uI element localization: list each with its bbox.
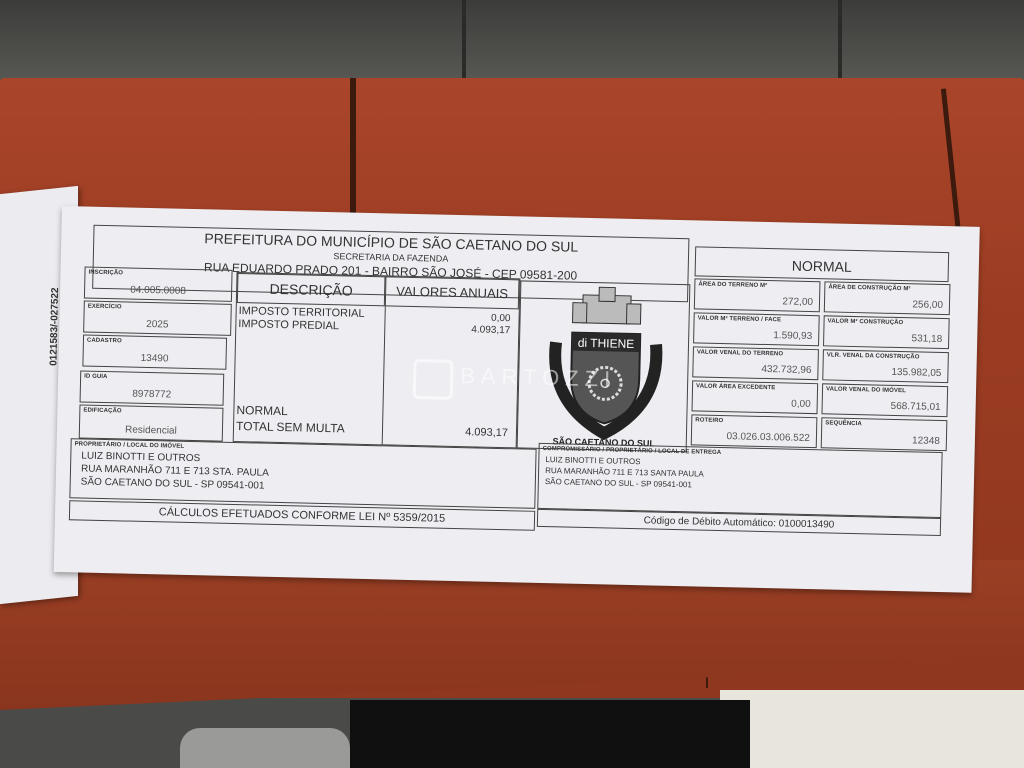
total-value: 4.093,17 bbox=[465, 426, 508, 439]
property-field-label: VALOR M² CONSTRUÇÃO bbox=[828, 318, 904, 326]
side-code: 0121583/-027522 bbox=[48, 287, 61, 366]
property-field: VALOR VENAL DO IMÓVEL568.715,01 bbox=[821, 383, 948, 417]
field-label: INSCRIÇÃO bbox=[88, 270, 123, 277]
watermark-logo-icon bbox=[413, 359, 454, 400]
property-field: ÁREA DO TERRENO M²272,00 bbox=[694, 278, 821, 312]
field-edificacao: EDIFICAÇÃO Residencial bbox=[79, 404, 224, 441]
dark-object bbox=[350, 700, 750, 768]
field-value: 04.005.0008 bbox=[85, 284, 231, 298]
owner-line: SÃO CAETANO DO SUL - SP 09541-001 bbox=[81, 476, 265, 491]
property-field-value: 12348 bbox=[912, 435, 940, 447]
field-label: EDIFICAÇÃO bbox=[83, 408, 121, 415]
property-field-label: ROTEIRO bbox=[695, 417, 723, 424]
property-field-label: VALOR M² TERRENO / FACE bbox=[698, 315, 782, 323]
property-field-label: VLR. VENAL DA CONSTRUÇÃO bbox=[827, 352, 920, 360]
footer-law: CÁLCULOS EFETUADOS CONFORME LEI Nº 5359/… bbox=[70, 504, 534, 527]
floor-tiles bbox=[720, 690, 1024, 768]
field-id-guia: ID GUIA 8978772 bbox=[80, 370, 225, 405]
property-field-label: VALOR ÁREA EXCEDENTE bbox=[696, 383, 775, 391]
property-field-value: 1.590,93 bbox=[773, 330, 812, 342]
property-field: ÁREA DE CONSTRUÇÃO M²256,00 bbox=[824, 281, 951, 315]
field-label: ID GUIA bbox=[84, 374, 108, 381]
property-field: VALOR VENAL DO TERRENO432.732,96 bbox=[692, 346, 819, 380]
field-exercicio: EXERCÍCIO 2025 bbox=[83, 301, 232, 336]
owner-line: LUIZ BINOTTI E OUTROS bbox=[81, 451, 200, 465]
property-field-label: ÁREA DE CONSTRUÇÃO M² bbox=[828, 284, 910, 292]
status-box: NORMAL bbox=[695, 246, 950, 282]
tax-table: DESCRIÇÃO VALORES ANUAIS IMPOSTO TERRITO… bbox=[233, 272, 521, 448]
delivery-line: LUIZ BINOTTI E OUTROS bbox=[545, 455, 640, 466]
property-field-value: 432.732,96 bbox=[761, 364, 811, 376]
field-inscricao: INSCRIÇÃO 04.005.0008 bbox=[84, 267, 233, 302]
row-description: IMPOSTO PREDIAL bbox=[238, 318, 339, 332]
tax-status: NORMAL bbox=[236, 403, 288, 418]
property-field: SEQUÊNCIA12348 bbox=[821, 417, 948, 451]
property-field: VLR. VENAL DA CONSTRUÇÃO135.982,05 bbox=[822, 349, 949, 383]
property-field-value: 568.715,01 bbox=[890, 401, 940, 413]
owner-property-box: PROPRIETÁRIO / LOCAL DO IMÓVEL LUIZ BINO… bbox=[69, 438, 536, 509]
owner-delivery-label: COMPROMISSÁRIO / PROPRIETÁRIO / LOCAL DE… bbox=[543, 446, 722, 456]
property-field-label: SEQUÊNCIA bbox=[825, 420, 862, 427]
property-field-label: VALOR VENAL DO IMÓVEL bbox=[826, 386, 906, 394]
floor-seam bbox=[462, 0, 466, 90]
property-field: VALOR M² TERRENO / FACE1.590,93 bbox=[693, 312, 820, 346]
property-field-value: 03.026.03.006.522 bbox=[726, 431, 810, 444]
field-label: EXERCÍCIO bbox=[88, 304, 122, 311]
field-value: 2025 bbox=[84, 318, 230, 332]
col-values-label: VALORES ANUAIS bbox=[386, 283, 518, 301]
property-field-value: 0,00 bbox=[791, 399, 811, 410]
shoe bbox=[180, 728, 350, 768]
property-field-value: 531,18 bbox=[911, 333, 942, 345]
watermark: BARTOZZI bbox=[460, 363, 617, 393]
field-label: CADASTRO bbox=[87, 338, 122, 345]
status-label: NORMAL bbox=[696, 255, 948, 277]
property-field: VALOR M² CONSTRUÇÃO531,18 bbox=[823, 315, 950, 349]
col-header-description: DESCRIÇÃO bbox=[237, 273, 386, 306]
floor-seam bbox=[838, 0, 842, 90]
property-field: VALOR ÁREA EXCEDENTE0,00 bbox=[692, 380, 819, 414]
property-field-value: 272,00 bbox=[782, 296, 813, 308]
property-field-value: 256,00 bbox=[912, 299, 943, 311]
footer-debit-code: Código de Débito Automático: 0100013490 bbox=[538, 513, 940, 533]
delivery-line: SÃO CAETANO DO SUL - SP 09541-001 bbox=[545, 477, 692, 489]
floor-background bbox=[0, 0, 1024, 90]
field-value: 8978772 bbox=[81, 387, 223, 401]
total-label: TOTAL SEM MULTA bbox=[236, 419, 345, 435]
owner-delivery-box: COMPROMISSÁRIO / PROPRIETÁRIO / LOCAL DE… bbox=[537, 443, 942, 518]
column-divider bbox=[382, 306, 386, 444]
property-field-value: 135.982,05 bbox=[891, 367, 941, 379]
svg-text:di THIENE: di THIENE bbox=[578, 336, 635, 351]
property-field-label: ÁREA DO TERRENO M² bbox=[698, 281, 767, 289]
tax-slip: 0121583/-027522 PREFEITURA DO MUNICÍPIO … bbox=[54, 206, 980, 593]
bench-groove bbox=[350, 78, 356, 218]
col-header-values: VALORES ANUAIS bbox=[385, 276, 520, 309]
row-value: 0,00 bbox=[491, 313, 511, 324]
col-description-label: DESCRIÇÃO bbox=[238, 280, 384, 299]
property-field-label: VALOR VENAL DO TERRENO bbox=[697, 349, 783, 357]
field-cadastro: CADASTRO 13490 bbox=[82, 335, 227, 370]
owner-property-label: PROPRIETÁRIO / LOCAL DO IMÓVEL bbox=[75, 441, 185, 449]
field-value: 13490 bbox=[83, 352, 225, 366]
field-value: Residencial bbox=[80, 423, 222, 437]
row-value: 4.093,17 bbox=[471, 324, 510, 336]
property-field: ROTEIRO03.026.03.006.522 bbox=[691, 414, 818, 448]
